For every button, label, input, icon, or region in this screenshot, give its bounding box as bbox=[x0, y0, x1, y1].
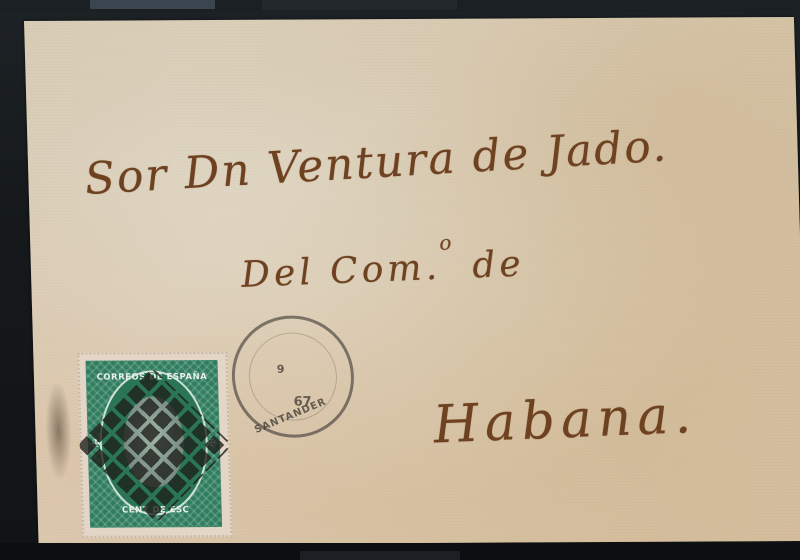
cancel-smudge bbox=[44, 381, 73, 481]
grid-cancel-mark-icon bbox=[77, 368, 233, 524]
address-line-recipient: Sor Dn Ventura de Jado. bbox=[83, 120, 670, 205]
background-object bbox=[90, 0, 215, 9]
address-title-sup: o bbox=[438, 230, 456, 255]
address-line-city: Habana. bbox=[431, 385, 698, 456]
postage-stamp: CORREOS DE ESPAÑA CENT DE ESC ✠ ✠ bbox=[77, 352, 232, 538]
stamp-frame: CORREOS DE ESPAÑA CENT DE ESC ✠ ✠ bbox=[85, 360, 222, 528]
postmark-day: 9 bbox=[277, 363, 285, 376]
background-top bbox=[0, 0, 800, 12]
background-object bbox=[300, 551, 460, 560]
address-title-suffix: de bbox=[456, 243, 526, 287]
postmark: 9 67 SANTANDER bbox=[230, 315, 355, 438]
address-title-text: Del Com. bbox=[240, 247, 442, 296]
background-object bbox=[262, 0, 457, 10]
background-bottom bbox=[0, 543, 800, 560]
address-line-title: Del Com.o de bbox=[240, 243, 526, 295]
envelope-cover: Sor Dn Ventura de Jado. Del Com.o de Hab… bbox=[24, 17, 800, 545]
